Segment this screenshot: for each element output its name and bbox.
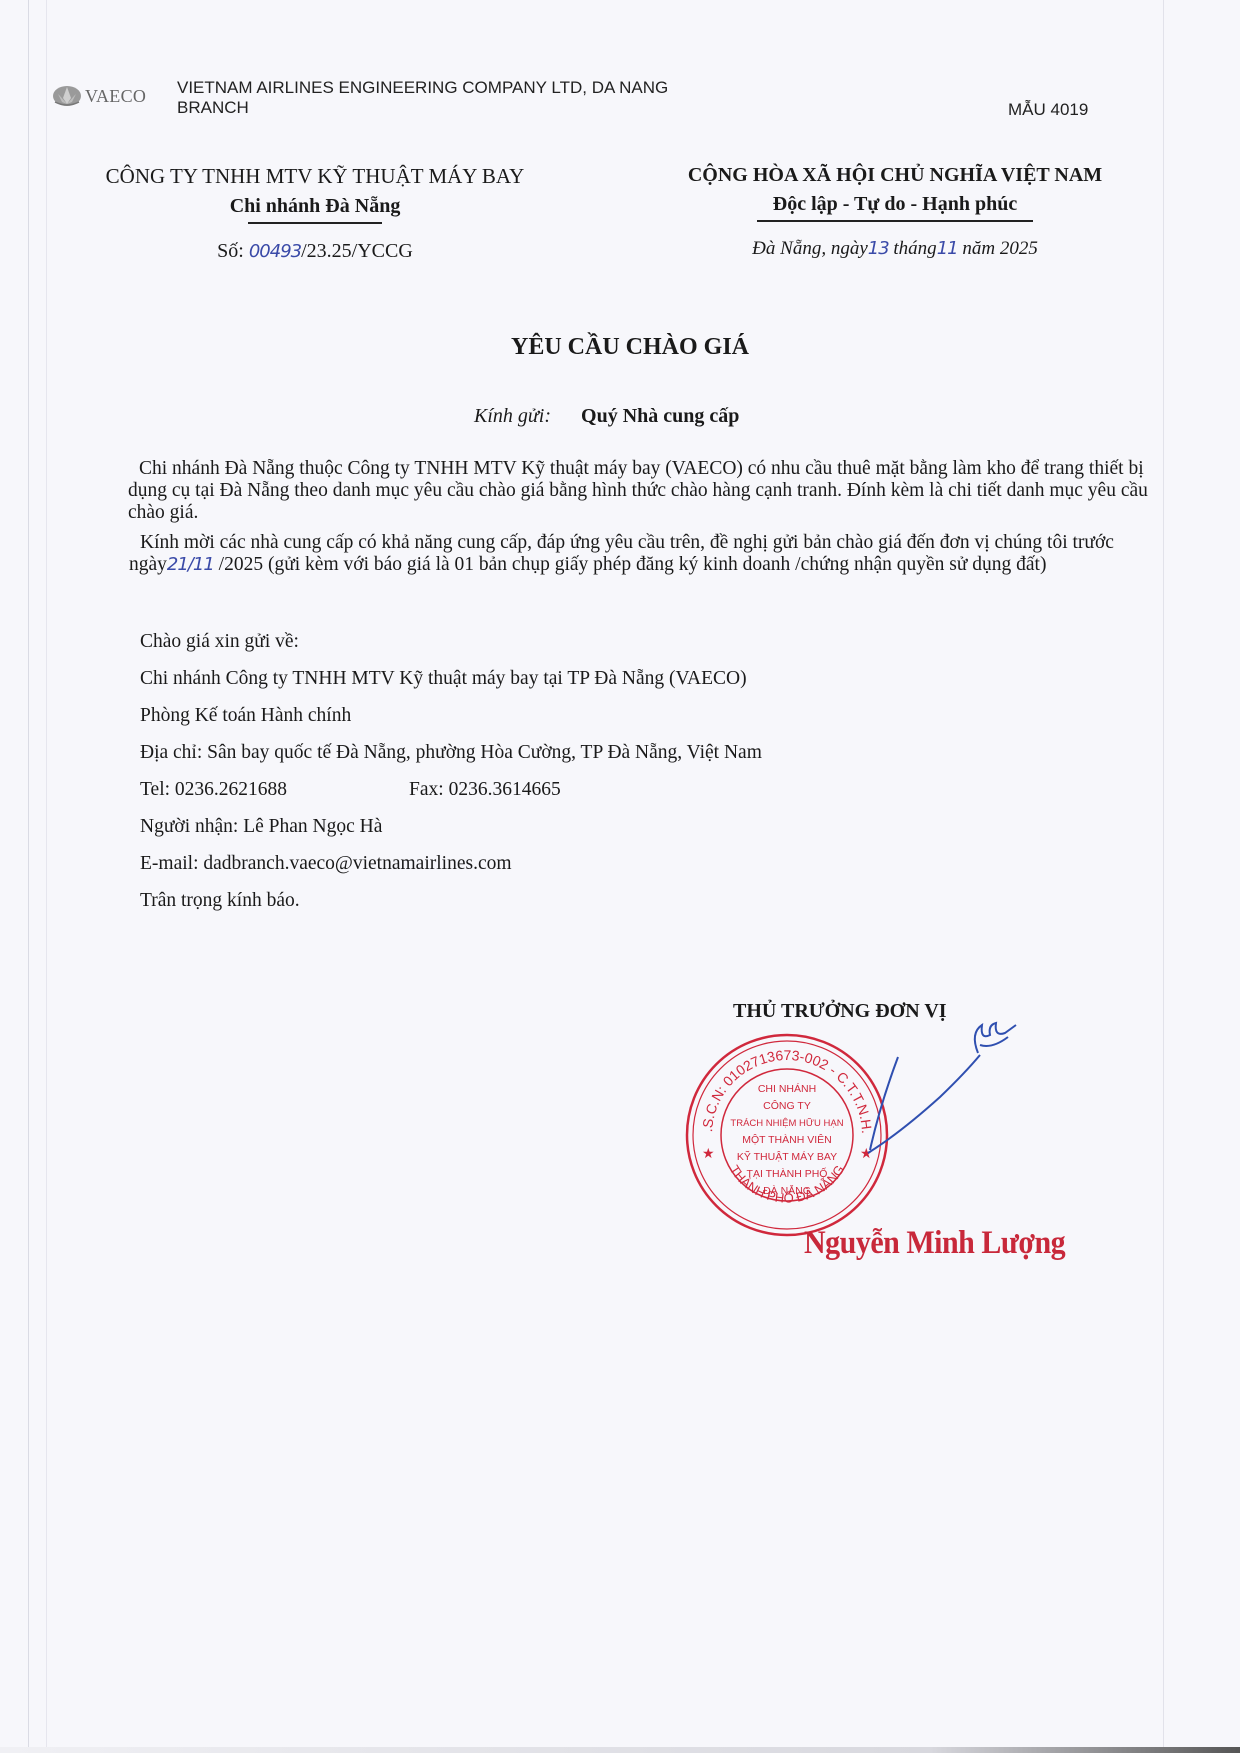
body: Chi nhánh Đà Nẵng thuộc Công ty TNHH MTV… — [129, 458, 1159, 584]
issuer-branch: Chi nhánh Đà Nẵng — [70, 195, 560, 218]
national-motto-block: CỘNG HÒA XÃ HỘI CHỦ NGHĨA VIỆT NAM Độc l… — [660, 164, 1130, 260]
deadline-handwritten: 21/11 — [167, 554, 214, 575]
company-name-en-line2: BRANCH — [177, 98, 737, 118]
scan-shadow — [0, 1747, 1240, 1753]
number-suffix: /23.25/YCCG — [301, 240, 413, 262]
vaeco-logo: VAECO — [52, 84, 146, 108]
document-title: YÊU CẦU CHÀO GIÁ — [0, 334, 1240, 361]
salutation-label: Kính gửi: — [474, 405, 551, 427]
contact-fax: Fax: 0236.3614665 — [409, 779, 561, 816]
motto: Độc lập - Tự do - Hạnh phúc — [660, 193, 1130, 216]
salutation: Kính gửi:Quý Nhà cung cấp — [474, 405, 739, 428]
signer-name: Nguyễn Minh Lượng — [804, 1224, 1065, 1261]
stamp-line: CHI NHÁNH — [758, 1082, 816, 1095]
contact-phone-row: Tel: 0236.2621688 Fax: 0236.3614665 — [140, 779, 762, 816]
divider — [248, 222, 382, 224]
logo-text: VAECO — [85, 86, 146, 107]
contact-intro: Chào giá xin gửi về: — [140, 631, 762, 668]
lotus-logo-icon — [52, 84, 82, 108]
form-code: MẪU 4019 — [1008, 100, 1088, 120]
country-name: CỘNG HÒA XÃ HỘI CHỦ NGHĨA VIỆT NAM — [660, 164, 1130, 187]
stamp-line: TẠI THÀNH PHỐ — [747, 1166, 828, 1180]
date-month-handwritten: 11 — [937, 238, 958, 259]
number-handwritten: 00493 — [249, 241, 301, 262]
company-name-en: VIETNAM AIRLINES ENGINEERING COMPANY LTD… — [177, 78, 737, 118]
date-month-label: tháng — [889, 238, 937, 259]
stamp-line: MỘT THÀNH VIÊN — [742, 1133, 831, 1146]
contact-block: Chào giá xin gửi về: Chi nhánh Công ty T… — [140, 631, 762, 927]
closing: Trân trọng kính báo. — [140, 890, 762, 927]
date-prefix: Đà Nẵng, ngày — [752, 238, 868, 259]
contact-tel: Tel: 0236.2621688 — [140, 779, 287, 816]
contact-organization: Chi nhánh Công ty TNHH MTV Kỹ thuật máy … — [140, 668, 762, 705]
date-year: năm 2025 — [958, 238, 1038, 259]
contact-address: Địa chỉ: Sân bay quốc tế Đà Nẵng, phường… — [140, 742, 762, 779]
number-prefix: Số: — [217, 240, 249, 262]
page-edge — [1163, 0, 1164, 1753]
issuer-company: CÔNG TY TNHH MTV KỸ THUẬT MÁY BAY — [70, 164, 560, 189]
divider — [757, 220, 1033, 222]
company-name-en-line1: VIETNAM AIRLINES ENGINEERING COMPANY LTD… — [177, 78, 737, 98]
contact-email[interactable]: E-mail: dadbranch.vaeco@vietnamairlines.… — [140, 853, 762, 890]
stamp-line: CÔNG TY — [763, 1099, 811, 1112]
page-edge — [46, 0, 47, 1753]
salutation-recipient: Quý Nhà cung cấp — [581, 405, 739, 427]
issuer-block: CÔNG TY TNHH MTV KỸ THUẬT MÁY BAY Chi nh… — [70, 164, 560, 263]
document-number: Số: 00493/23.25/YCCG — [70, 240, 560, 263]
paragraph-1: Chi nhánh Đà Nẵng thuộc Công ty TNHH MTV… — [128, 458, 1159, 524]
stamp-line: ĐÀ NẴNG — [763, 1184, 811, 1197]
paragraph-2-text-cont: /2025 (gửi kèm với báo giá là 01 bản chụ… — [214, 554, 1047, 575]
date-day-handwritten: 13 — [868, 238, 889, 259]
page-edge — [28, 0, 29, 1753]
contact-recipient: Người nhận: Lê Phan Ngọc Hà — [140, 816, 762, 853]
paragraph-2: Kính mời các nhà cung cấp có khả năng cu… — [129, 532, 1159, 576]
handwritten-signature-icon — [820, 1015, 1020, 1165]
document-date: Đà Nẵng, ngày13 tháng11 năm 2025 — [660, 238, 1130, 260]
paragraph-1-text: Chi nhánh Đà Nẵng thuộc Công ty TNHH MTV… — [128, 458, 1148, 523]
contact-department: Phòng Kế toán Hành chính — [140, 705, 762, 742]
svg-text:★: ★ — [702, 1146, 715, 1162]
